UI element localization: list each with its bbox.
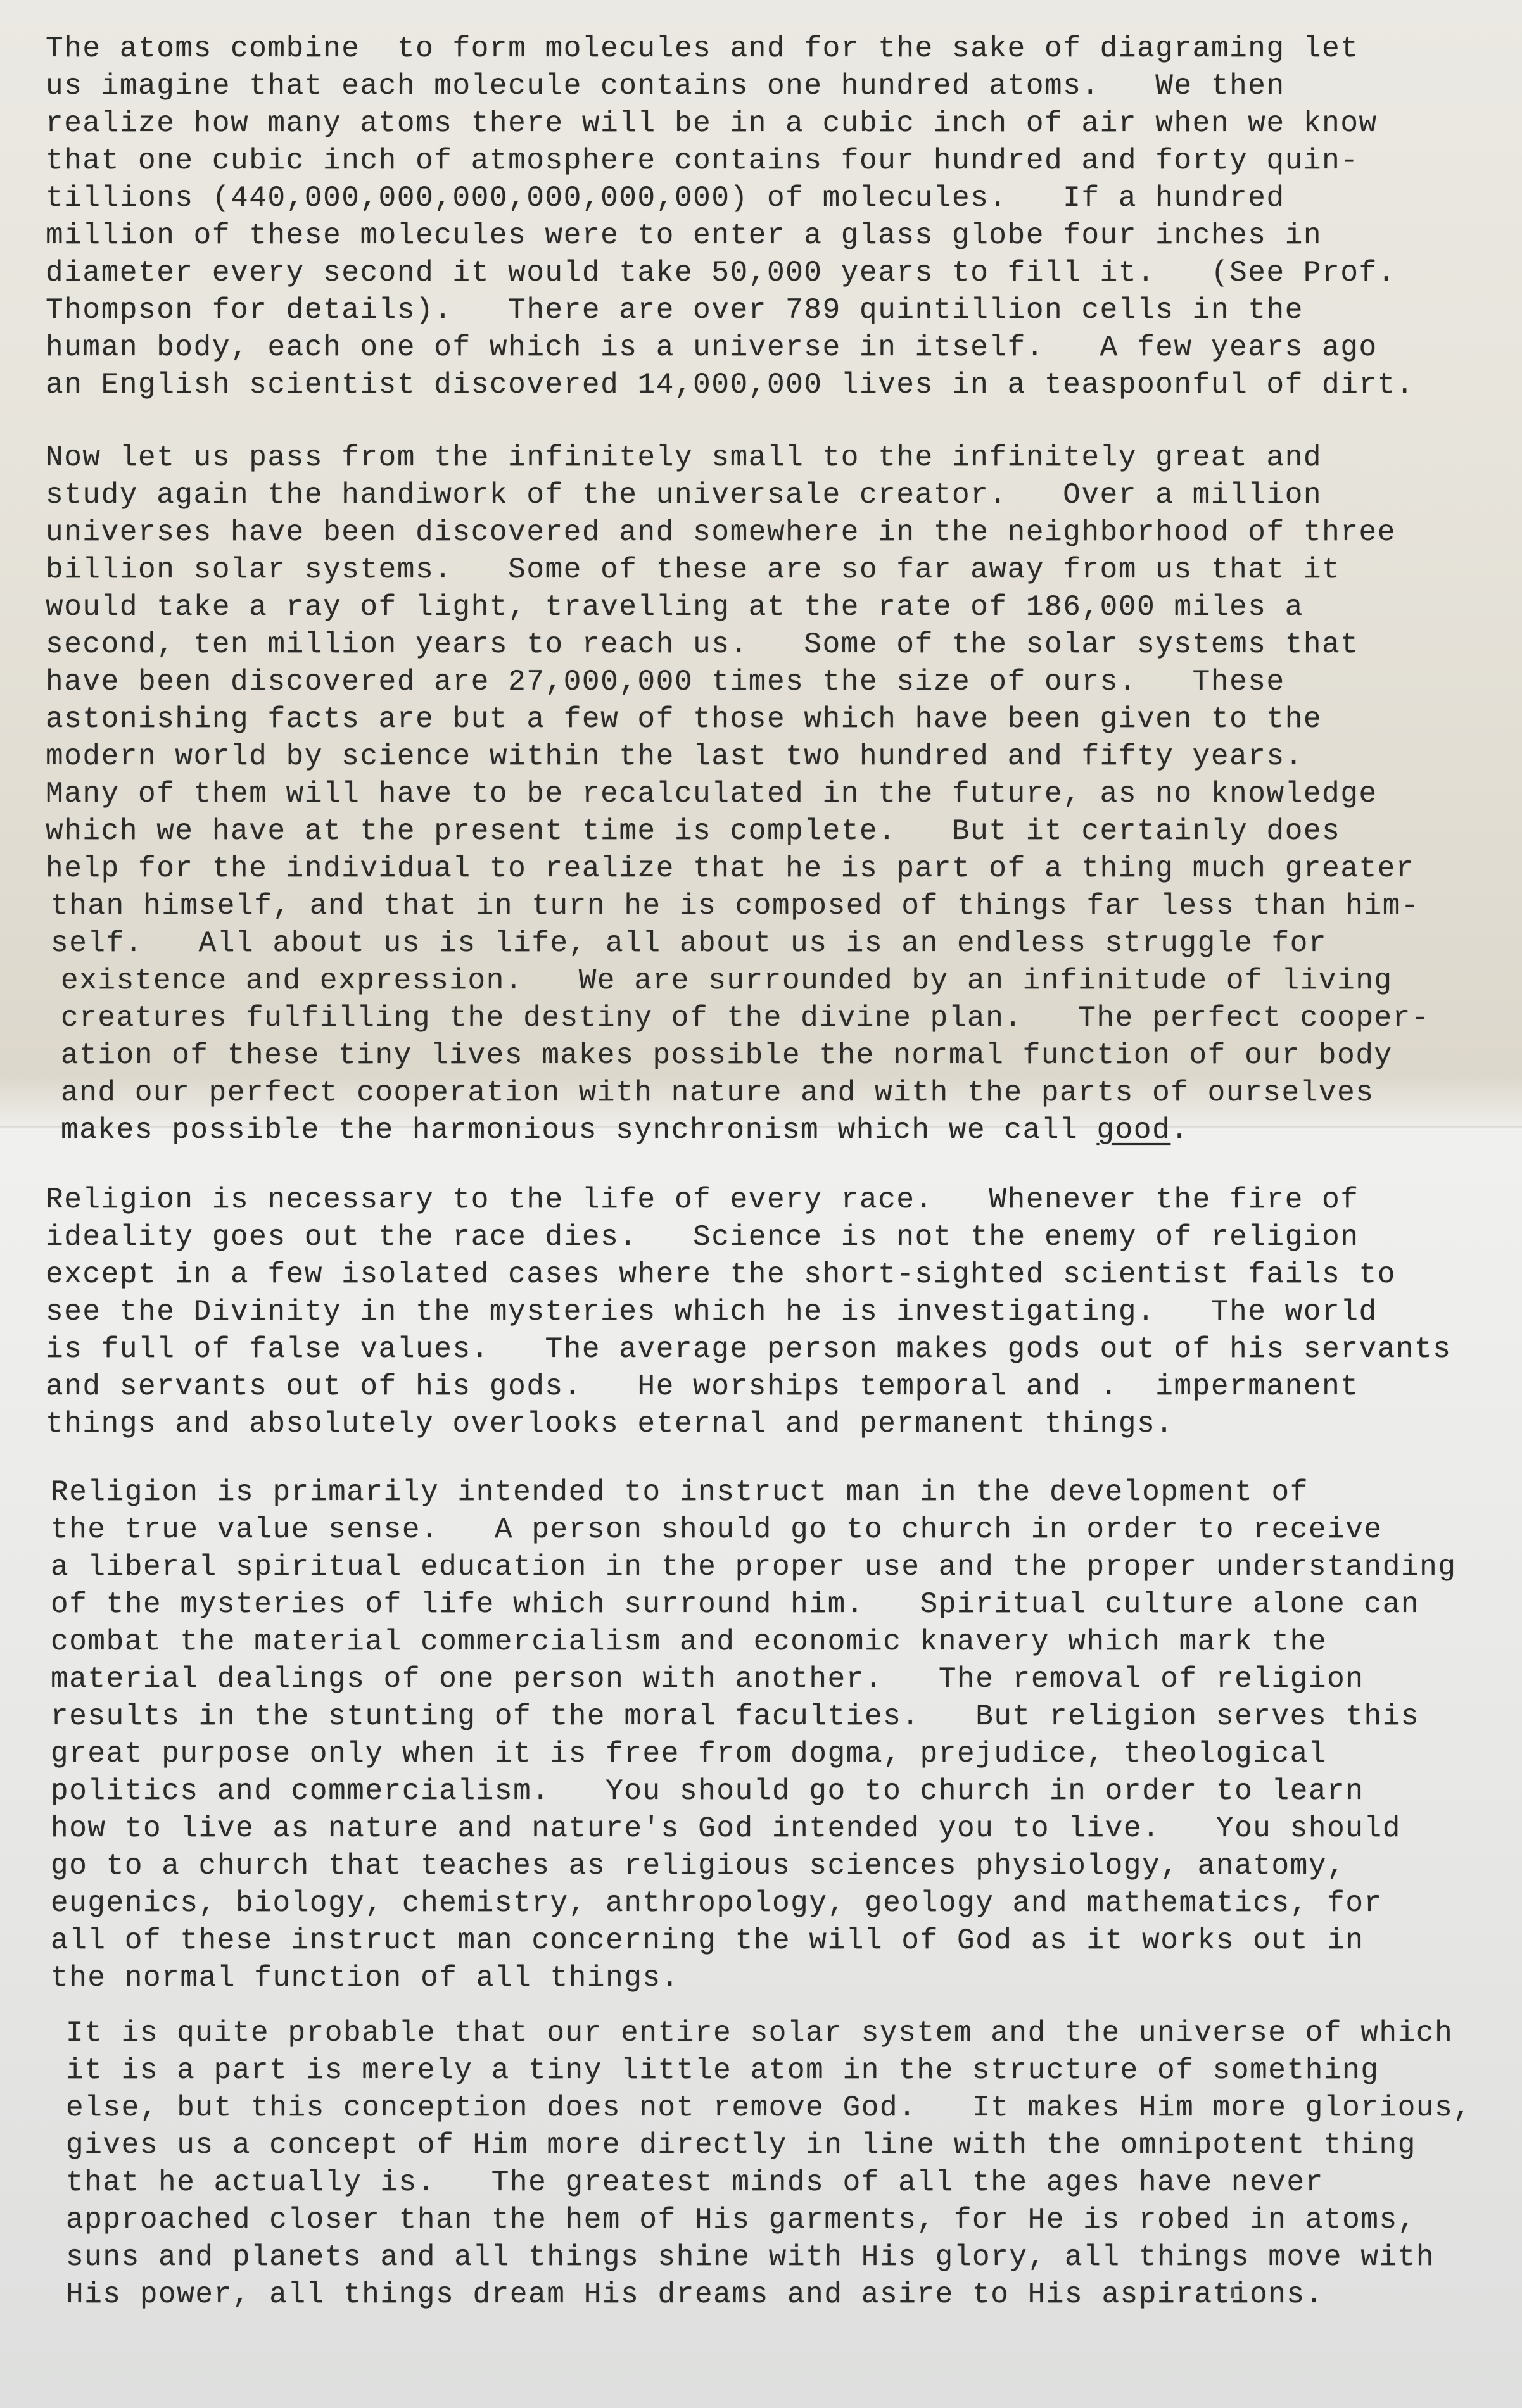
text-line: modern world by science within the last … <box>46 738 1430 776</box>
text-line: material dealings of one person with ano… <box>51 1661 1457 1698</box>
text-line: The atoms combine to form molecules and … <box>46 30 1414 68</box>
text-line: than himself, and that in turn he is com… <box>46 888 1430 925</box>
text-line: human body, each one of which is a unive… <box>46 329 1414 367</box>
typewritten-page: The atoms combine to form molecules and … <box>0 0 1522 2408</box>
text-line: an English scientist discovered 14,000,0… <box>46 367 1414 404</box>
text-line: approached closer than the hem of His ga… <box>66 2202 1472 2239</box>
paragraph-atoms: The atoms combine to form molecules and … <box>46 30 1414 404</box>
final-period: . <box>1170 1114 1189 1147</box>
text-line: have been discovered are 27,000,000 time… <box>46 664 1430 701</box>
text-line: Religion is primarily intended to instru… <box>51 1474 1457 1511</box>
text-line: astonishing facts are but a few of those… <box>46 701 1430 738</box>
text-line-lead: makes possible the harmonious synchronis… <box>61 1114 1096 1147</box>
text-line: diameter every second it would take 50,0… <box>46 255 1414 292</box>
text-line: Religion is necessary to the life of eve… <box>46 1182 1452 1219</box>
text-line: Thompson for details). There are over 78… <box>46 292 1414 329</box>
text-line: universes have been discovered and somew… <box>46 514 1430 552</box>
text-line: all of these instruct man concerning the… <box>51 1922 1457 1960</box>
text-line: how to live as nature and nature's God i… <box>51 1810 1457 1848</box>
text-line: of the mysteries of life which surround … <box>51 1586 1457 1623</box>
text-line: the true value sense. A person should go… <box>51 1511 1457 1549</box>
text-line: would take a ray of light, travelling at… <box>46 589 1430 626</box>
text-line: self. All about us is life, all about us… <box>46 925 1430 962</box>
paragraph-religion-necessary: Religion is necessary to the life of eve… <box>46 1182 1452 1443</box>
text-line: is full of false values. The average per… <box>46 1331 1452 1368</box>
text-line: a liberal spiritual education in the pro… <box>51 1549 1457 1586</box>
text-line: that he actually is. The greatest minds … <box>66 2164 1472 2202</box>
text-line: and our perfect cooperation with nature … <box>46 1075 1430 1112</box>
text-line: politics and commercialism. You should g… <box>51 1773 1457 1810</box>
text-line: combat the material commercialism and ec… <box>51 1623 1457 1661</box>
text-line: and servants out of his gods. He worship… <box>46 1368 1452 1406</box>
text-line: results in the stunting of the moral fac… <box>51 1698 1457 1736</box>
text-line: go to a church that teaches as religious… <box>51 1848 1457 1885</box>
text-line: tillions (440,000,000,000,000,000,000) o… <box>46 180 1414 217</box>
text-line: existence and expression. We are surroun… <box>46 962 1430 1000</box>
text-line: see the Divinity in the mysteries which … <box>46 1294 1452 1331</box>
text-line: that one cubic inch of atmosphere contai… <box>46 142 1414 180</box>
text-line: realize how many atoms there will be in … <box>46 105 1414 142</box>
text-line: else, but this conception does not remov… <box>66 2090 1472 2127</box>
text-line: creatures fulfilling the destiny of the … <box>46 1000 1430 1037</box>
text-line: His power, all things dream His dreams a… <box>66 2276 1472 2314</box>
stray-ink-mark <box>1231 2287 1234 2298</box>
text-line: things and absolutely overlooks eternal … <box>46 1406 1452 1443</box>
text-line: it is a part is merely a tiny little ato… <box>66 2052 1472 2090</box>
text-line: million of these molecules were to enter… <box>46 217 1414 255</box>
paragraph-religion-purpose: Religion is primarily intended to instru… <box>51 1474 1457 1997</box>
text-line: us imagine that each molecule contains o… <box>46 68 1414 105</box>
text-line: makes possible the harmonious synchronis… <box>46 1112 1430 1149</box>
text-line: Many of them will have to be recalculate… <box>46 776 1430 813</box>
text-line: the normal function of all things. <box>51 1960 1457 1997</box>
text-line: except in a few isolated cases where the… <box>46 1256 1452 1294</box>
paragraph-solar-system-atom: It is quite probable that our entire sol… <box>66 2015 1472 2314</box>
text-line: billion solar systems. Some of these are… <box>46 552 1430 589</box>
text-line: study again the handiwork of the univers… <box>46 477 1430 514</box>
text-line: ideality goes out the race dies. Science… <box>46 1219 1452 1256</box>
text-line: Now let us pass from the infinitely smal… <box>46 439 1430 477</box>
text-line: great purpose only when it is free from … <box>51 1736 1457 1773</box>
underlined-word-good: good <box>1096 1114 1170 1147</box>
paragraph-universe: Now let us pass from the infinitely smal… <box>46 439 1430 1149</box>
text-line: which we have at the present time is com… <box>46 813 1430 850</box>
text-line: eugenics, biology, chemistry, anthropolo… <box>51 1885 1457 1922</box>
text-line: suns and planets and all things shine wi… <box>66 2239 1472 2276</box>
text-line: help for the individual to realize that … <box>46 850 1430 888</box>
text-line: gives us a concept of Him more directly … <box>66 2127 1472 2164</box>
text-line: It is quite probable that our entire sol… <box>66 2015 1472 2052</box>
text-line: ation of these tiny lives makes possible… <box>46 1037 1430 1075</box>
text-line: second, ten million years to reach us. S… <box>46 626 1430 664</box>
